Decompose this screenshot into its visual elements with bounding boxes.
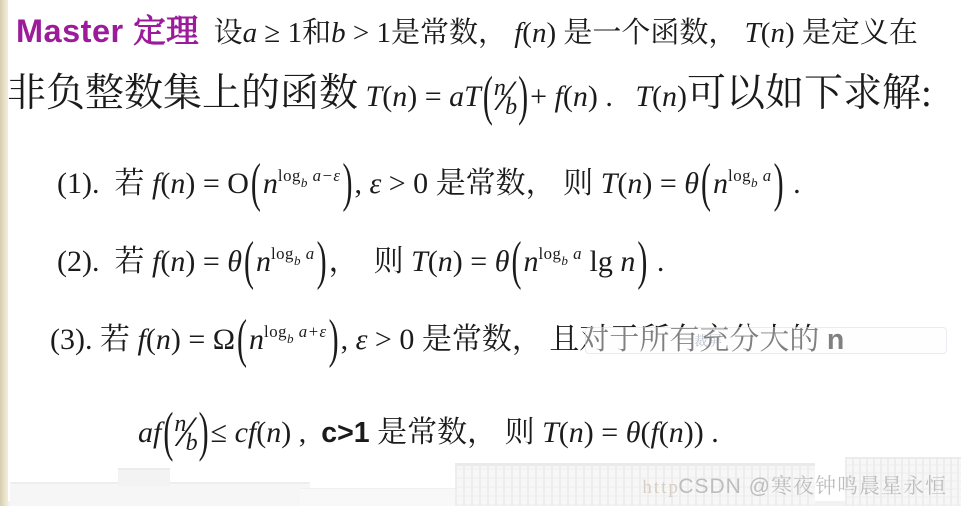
text-token: n: [662, 80, 677, 113]
text-token: ) =: [584, 416, 626, 449]
theorem-case-3-line-2: af(n∕b)≤ cf(n) , c>1 是常数， 则 T(n) = θ(f(n…: [138, 400, 719, 457]
text-token: 是常数，: [391, 17, 514, 49]
fraction-part: (: [483, 60, 493, 132]
text-token: f: [555, 80, 563, 113]
fraction-part: ): [199, 396, 209, 468]
text-token: (: [146, 323, 156, 356]
text-token: c>1: [321, 417, 369, 449]
fraction-part: (: [163, 396, 173, 468]
watermark-url-fragment: http: [642, 477, 680, 498]
screenshot-tooltip: 裁屏: [585, 327, 947, 354]
text-token: 若: [114, 245, 152, 278]
text-token: (: [160, 167, 170, 200]
text-token: n: [532, 17, 547, 49]
text-token: n: [156, 323, 171, 356]
text-token: T: [411, 245, 428, 278]
text-token: (: [256, 416, 266, 449]
text-token: (: [559, 416, 569, 449]
text-token: ) =: [453, 245, 495, 278]
text-token: n: [627, 167, 642, 200]
text-token: a−ε: [308, 166, 341, 185]
big-paren: ): [317, 226, 327, 296]
text-token: lg: [582, 245, 620, 278]
superscript: logb a: [538, 244, 582, 263]
text-token: n: [770, 17, 785, 49]
big-paren: (: [511, 226, 521, 296]
text-token: n: [263, 167, 278, 200]
big-paren: ): [329, 304, 339, 374]
text-token: (: [522, 17, 532, 49]
text-token: log: [728, 166, 751, 185]
text-token: 设: [199, 17, 243, 49]
text-token: log: [264, 322, 287, 341]
text-token: f: [137, 323, 145, 356]
text-token: 是定义在: [795, 17, 918, 49]
text-token: n: [170, 167, 185, 200]
header-line-1: Master 定理 设a ≥ 1和b > 1是常数， f(n) 是一个函数， T…: [16, 10, 918, 53]
text-token: +: [530, 80, 554, 113]
text-token: cf: [235, 416, 257, 449]
big-paren: (: [251, 148, 261, 218]
text-token: f: [650, 416, 658, 449]
csdn-watermark: http CSDN @寒夜钟鸣晨星永恒: [642, 470, 947, 500]
header-line-2: 非负整数集上的函数 T(n) = aT(n∕b)+ f(n) . T(n)可以如…: [7, 64, 932, 121]
text-token: n: [256, 245, 271, 278]
text-token: > 0: [381, 167, 435, 200]
text-token: b: [751, 175, 758, 190]
text-token: b: [294, 253, 301, 268]
text-token: b: [301, 175, 308, 190]
text-token: θ: [626, 416, 641, 449]
text-token: .: [786, 167, 801, 200]
text-token: 是一个函数，: [556, 17, 745, 49]
text-token: 和: [302, 17, 331, 49]
text-token: n: [569, 416, 584, 449]
text-token: ) =: [642, 167, 684, 200]
text-token: log: [538, 244, 561, 263]
text-token: )) .: [684, 416, 719, 449]
fraction-part: b: [186, 430, 198, 456]
text-token: n: [523, 245, 538, 278]
big-paren: ): [774, 148, 784, 218]
text-token: n: [249, 323, 264, 356]
text-token: T: [358, 80, 382, 113]
text-token: log: [278, 166, 301, 185]
text-token: ， 则: [329, 245, 412, 278]
text-token: > 1: [346, 17, 391, 49]
text-token: T: [635, 80, 652, 113]
text-token: > 0: [367, 323, 421, 356]
text-token: n: [573, 80, 588, 113]
text-token: b: [287, 331, 294, 346]
theorem-case-1: (1). 若 f(n) = O(nlogb a−ε), ε > 0 是常数， 则…: [57, 164, 801, 203]
text-token: n: [266, 416, 281, 449]
text-token: (: [160, 245, 170, 278]
fraction: (n∕b): [482, 64, 529, 121]
text-token: n: [620, 245, 635, 278]
text-token: (: [761, 17, 771, 49]
text-token: T: [745, 17, 761, 49]
text-token: aT: [449, 80, 481, 113]
text-token: a: [301, 244, 315, 263]
text-token: ε: [369, 167, 381, 200]
watermark-text: CSDN @寒夜钟鸣晨星永恒: [678, 475, 947, 498]
text-token: .: [649, 245, 664, 278]
text-token: n: [438, 245, 453, 278]
text-token: T: [601, 167, 618, 200]
text-token: n: [170, 245, 185, 278]
text-token: 可以如下求解:: [687, 72, 932, 115]
text-token: (: [617, 167, 627, 200]
big-paren: (: [701, 148, 711, 218]
text-token: ) .: [588, 80, 636, 113]
big-paren: ): [637, 226, 647, 296]
big-paren: (: [244, 226, 254, 296]
text-token: a+ε: [294, 322, 327, 341]
text-token: ): [546, 17, 556, 49]
text-token: ): [785, 17, 795, 49]
theorem-case-2: (2). 若 f(n) = θ(nlogb a)， 则 T(n) = θ(nlo…: [57, 242, 664, 281]
text-token: ,: [341, 323, 356, 356]
superscript: logb a: [271, 244, 315, 263]
text-token: θ: [495, 245, 510, 278]
text-token: (: [659, 416, 669, 449]
superscript: logb a: [728, 166, 772, 185]
text-token: ) = Ω: [171, 323, 235, 356]
text-token: T: [542, 416, 559, 449]
text-token: θ: [227, 245, 242, 278]
text-token: n: [713, 167, 728, 200]
text-token: 若: [100, 323, 138, 356]
superscript: logb a+ε: [264, 322, 327, 341]
text-token: af: [138, 416, 161, 449]
text-token: log: [271, 244, 294, 263]
text-token: ) =: [407, 80, 449, 113]
text-token: n: [669, 416, 684, 449]
text-token: ) = O: [185, 167, 249, 200]
text-token: ≥ 1: [257, 17, 302, 49]
text-token: (2).: [57, 245, 114, 278]
text-token: n: [392, 80, 407, 113]
text-token: b: [331, 17, 346, 49]
text-token: 是常数， 则: [436, 167, 601, 200]
text-token: a: [568, 244, 582, 263]
fraction-part: b: [505, 94, 517, 120]
building-silhouette: [300, 488, 460, 506]
text-token: (: [428, 245, 438, 278]
building-silhouette: [118, 468, 170, 486]
text-token: (: [652, 80, 662, 113]
text-token: a: [243, 17, 258, 49]
superscript: logb a−ε: [278, 166, 341, 185]
text-token: (1).: [57, 167, 114, 200]
page-title: Master 定理: [16, 13, 199, 49]
text-token: 非负整数集上的函数: [7, 72, 358, 115]
text-token: θ: [684, 167, 699, 200]
text-token: ,: [354, 167, 369, 200]
fraction-part: ): [518, 60, 528, 132]
text-token: 若: [114, 167, 152, 200]
text-token: ) ,: [281, 416, 321, 449]
text-token: ) =: [185, 245, 227, 278]
text-token: ε: [356, 323, 368, 356]
text-token: ≤: [211, 416, 235, 449]
text-token: (: [563, 80, 573, 113]
text-token: a: [758, 166, 772, 185]
big-paren: ): [342, 148, 352, 218]
screenshot-tooltip-label: 裁屏: [694, 331, 722, 351]
text-token: 是常数， 则: [370, 416, 543, 449]
text-token: (: [382, 80, 392, 113]
big-paren: (: [237, 304, 247, 374]
text-token: (: [640, 416, 650, 449]
text-token: (3).: [50, 323, 100, 356]
text-token: ): [677, 80, 687, 113]
fraction: (n∕b): [162, 400, 209, 457]
